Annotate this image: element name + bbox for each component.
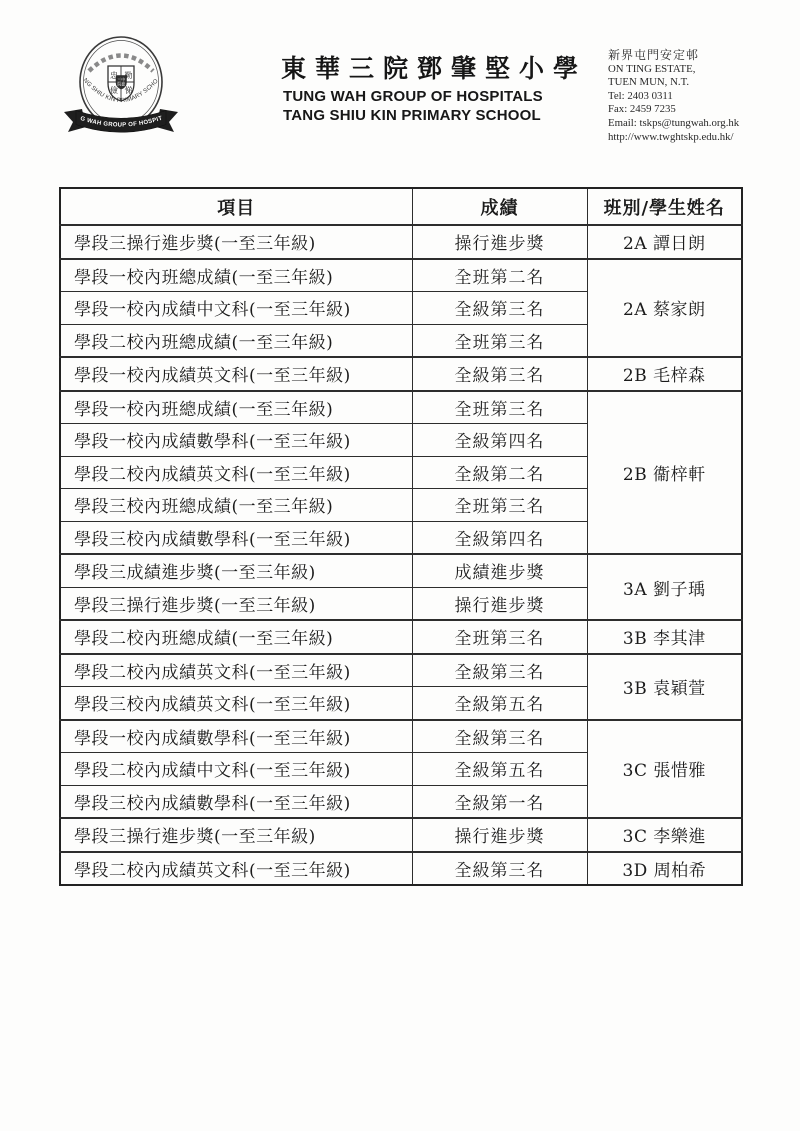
student-cell: 3A 劉子瑀 bbox=[587, 554, 742, 620]
result-cell: 全班第三名 bbox=[412, 391, 587, 424]
result-cell: 全級第三名 bbox=[412, 357, 587, 391]
logo-shield-char-fraternity: 悌 bbox=[125, 85, 133, 95]
table-row: 學段一校內成績數學科(一至三年級)全級第三名3C 張惜雅 bbox=[60, 720, 742, 753]
item-cell: 學段一校內成績數學科(一至三年級) bbox=[60, 720, 412, 753]
school-logo: 忠 勤 儉 悌 三中 院臺 TANG SHIU KIN PRIMARY SCHO… bbox=[62, 33, 180, 143]
table-row: 學段二校內成績英文科(一至三年級)全級第三名3D 周柏希 bbox=[60, 852, 742, 886]
fax-line: Fax: 2459 7235 bbox=[608, 103, 793, 117]
school-name-english: TUNG WAH GROUP OF HOSPITALS TANG SHIU KI… bbox=[283, 87, 543, 125]
result-cell: 操行進步獎 bbox=[412, 818, 587, 852]
student-cell: 3C 張惜雅 bbox=[587, 720, 742, 819]
result-cell: 全班第三名 bbox=[412, 489, 587, 522]
school-contact-block: 新界屯門安定邨 ON TING ESTATE, TUEN MUN, N.T. T… bbox=[608, 49, 793, 144]
address-line-chinese: 新界屯門安定邨 bbox=[608, 49, 793, 63]
result-cell: 操行進步獎 bbox=[412, 587, 587, 620]
result-cell: 全級第四名 bbox=[412, 521, 587, 554]
item-cell: 學段二校內班總成績(一至三年級) bbox=[60, 620, 412, 654]
table-row: 學段一校內班總成績(一至三年級)全班第三名2B 衞梓軒 bbox=[60, 391, 742, 424]
website-line: http://www.twghtskp.edu.hk/ bbox=[608, 131, 793, 145]
table-row: 學段三成績進步獎(一至三年級)成績進步獎3A 劉子瑀 bbox=[60, 554, 742, 587]
school-name-english-line1: TUNG WAH GROUP OF HOSPITALS bbox=[283, 87, 543, 106]
item-cell: 學段一校內班總成績(一至三年級) bbox=[60, 259, 412, 292]
address-line-district: TUEN MUN, N.T. bbox=[608, 76, 793, 90]
result-cell: 全級第五名 bbox=[412, 753, 587, 786]
school-name-english-line2: TANG SHIU KIN PRIMARY SCHOOL bbox=[283, 106, 543, 125]
header-class-student: 班別/學生姓名 bbox=[587, 188, 742, 225]
item-cell: 學段三校內成績數學科(一至三年級) bbox=[60, 785, 412, 818]
result-cell: 全級第四名 bbox=[412, 424, 587, 457]
result-cell: 全級第三名 bbox=[412, 654, 587, 687]
item-cell: 學段二校內成績英文科(一至三年級) bbox=[60, 852, 412, 886]
item-cell: 學段二校內成績英文科(一至三年級) bbox=[60, 654, 412, 687]
result-cell: 全級第三名 bbox=[412, 852, 587, 886]
result-cell: 全級第三名 bbox=[412, 720, 587, 753]
address-line-estate: ON TING ESTATE, bbox=[608, 63, 793, 77]
item-cell: 學段一校內成績數學科(一至三年級) bbox=[60, 424, 412, 457]
student-cell: 3C 李樂進 bbox=[587, 818, 742, 852]
result-cell: 成績進步獎 bbox=[412, 554, 587, 587]
item-cell: 學段三校內班總成績(一至三年級) bbox=[60, 489, 412, 522]
table-row: 學段三操行進步獎(一至三年級)操行進步獎2A 譚日朗 bbox=[60, 225, 742, 259]
student-cell: 2B 毛梓森 bbox=[587, 357, 742, 391]
awards-table-body: 學段三操行進步獎(一至三年級)操行進步獎2A 譚日朗學段一校內班總成績(一至三年… bbox=[60, 225, 742, 885]
email-line: Email: tskps@tungwah.org.hk bbox=[608, 117, 793, 131]
result-cell: 全班第三名 bbox=[412, 324, 587, 357]
item-cell: 學段三操行進步獎(一至三年級) bbox=[60, 225, 412, 259]
item-cell: 學段一校內成績中文科(一至三年級) bbox=[60, 292, 412, 325]
item-cell: 學段一校內成績英文科(一至三年級) bbox=[60, 357, 412, 391]
header-result: 成績 bbox=[412, 188, 587, 225]
header-item: 項目 bbox=[60, 188, 412, 225]
result-cell: 全班第二名 bbox=[412, 259, 587, 292]
result-cell: 全級第五名 bbox=[412, 687, 587, 720]
student-cell: 2A 譚日朗 bbox=[587, 225, 742, 259]
school-name-chinese: 東華三院鄧肇堅小學 bbox=[281, 49, 587, 85]
item-cell: 學段一校內班總成績(一至三年級) bbox=[60, 391, 412, 424]
phone-line: Tel: 2403 0311 bbox=[608, 90, 793, 104]
student-cell: 3B 袁穎萱 bbox=[587, 654, 742, 720]
item-cell: 學段二校內成績英文科(一至三年級) bbox=[60, 456, 412, 489]
result-cell: 全班第三名 bbox=[412, 620, 587, 654]
table-row: 學段三操行進步獎(一至三年級)操行進步獎3C 李樂進 bbox=[60, 818, 742, 852]
item-cell: 學段三校內成績數學科(一至三年級) bbox=[60, 521, 412, 554]
result-cell: 操行進步獎 bbox=[412, 225, 587, 259]
item-cell: 學段三成績進步獎(一至三年級) bbox=[60, 554, 412, 587]
table-header-row: 項目 成績 班別/學生姓名 bbox=[60, 188, 742, 225]
student-cell: 2B 衞梓軒 bbox=[587, 391, 742, 555]
item-cell: 學段三校內成績英文科(一至三年級) bbox=[60, 687, 412, 720]
student-cell: 3B 李其津 bbox=[587, 620, 742, 654]
logo-center-chars-bottom: 院臺 bbox=[117, 81, 125, 87]
student-cell: 2A 蔡家朗 bbox=[587, 259, 742, 358]
student-cell: 3D 周柏希 bbox=[587, 852, 742, 886]
item-cell: 學段二校內班總成績(一至三年級) bbox=[60, 324, 412, 357]
result-cell: 全級第二名 bbox=[412, 456, 587, 489]
item-cell: 學段二校內成績中文科(一至三年級) bbox=[60, 753, 412, 786]
table-row: 學段二校內班總成績(一至三年級)全班第三名3B 李其津 bbox=[60, 620, 742, 654]
item-cell: 學段三操行進步獎(一至三年級) bbox=[60, 818, 412, 852]
result-cell: 全級第一名 bbox=[412, 785, 587, 818]
table-row: 學段二校內成績英文科(一至三年級)全級第三名3B 袁穎萱 bbox=[60, 654, 742, 687]
result-cell: 全級第三名 bbox=[412, 292, 587, 325]
table-row: 學段一校內班總成績(一至三年級)全班第二名2A 蔡家朗 bbox=[60, 259, 742, 292]
scanned-document-page: 忠 勤 儉 悌 三中 院臺 TANG SHIU KIN PRIMARY SCHO… bbox=[0, 0, 800, 1131]
awards-table: 項目 成績 班別/學生姓名 學段三操行進步獎(一至三年級)操行進步獎2A 譚日朗… bbox=[59, 187, 743, 886]
table-row: 學段一校內成績英文科(一至三年級)全級第三名2B 毛梓森 bbox=[60, 357, 742, 391]
item-cell: 學段三操行進步獎(一至三年級) bbox=[60, 587, 412, 620]
